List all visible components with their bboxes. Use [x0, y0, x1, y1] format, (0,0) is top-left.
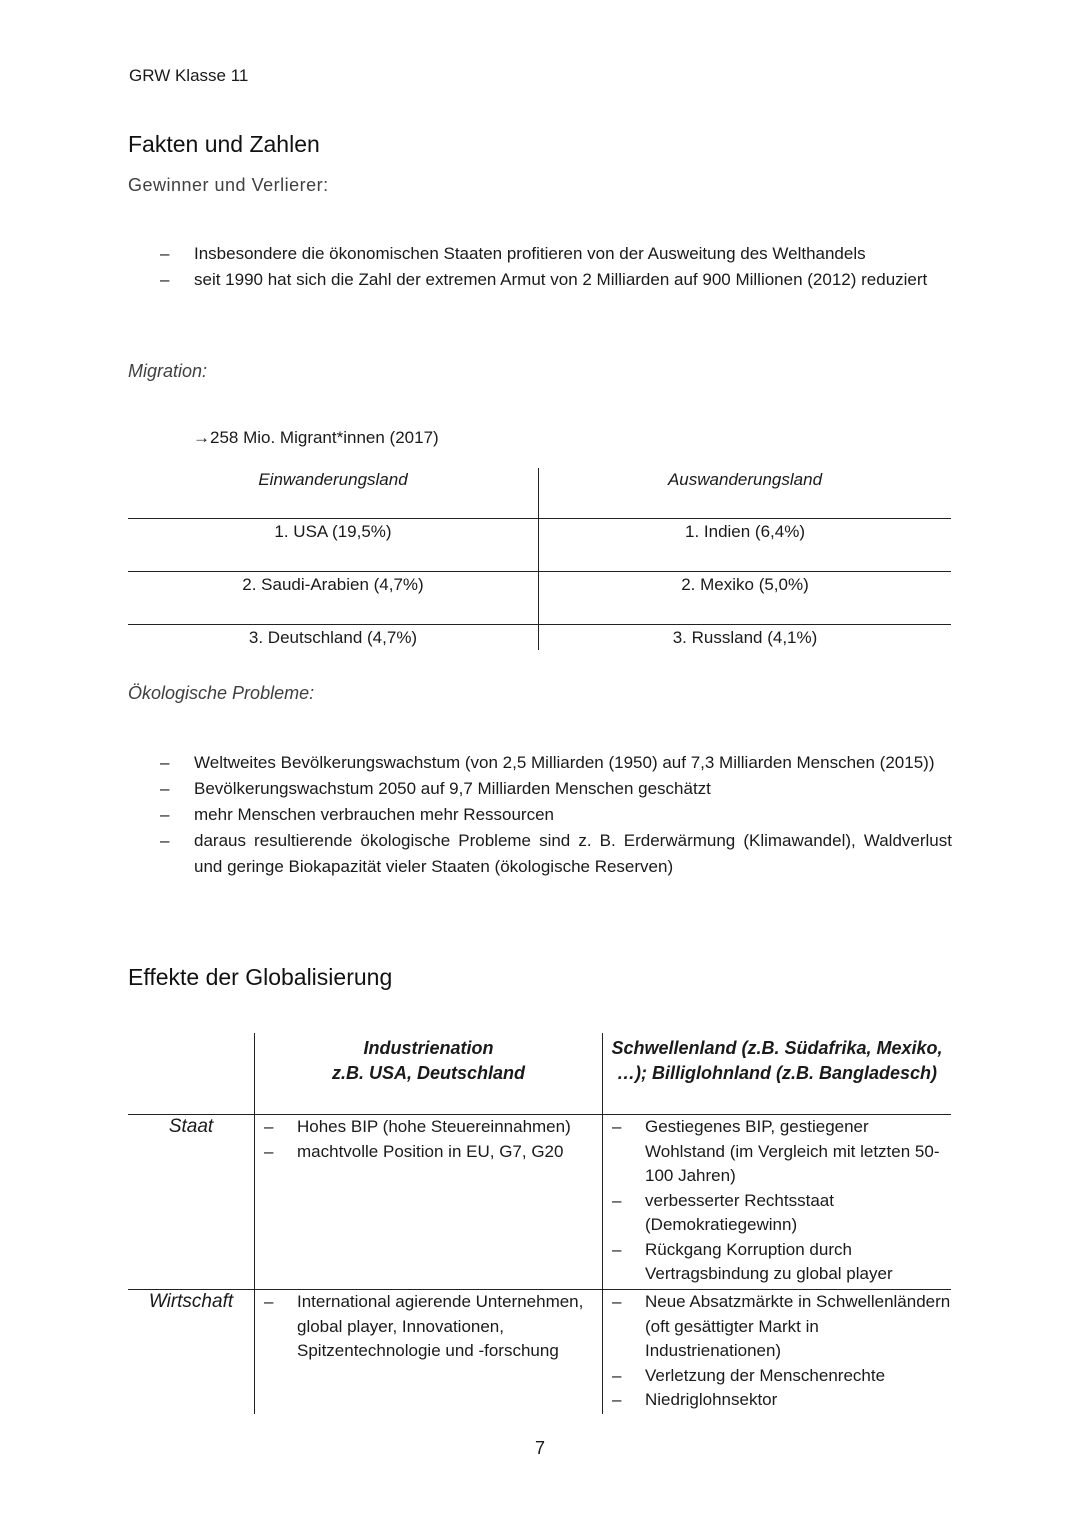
column-header-auswanderung: Auswanderungsland	[539, 468, 952, 519]
column-header-industrienation: Industrienation z.B. USA, Deutschland	[255, 1033, 603, 1115]
list-item: –seit 1990 hat sich die Zahl der extreme…	[160, 267, 952, 293]
table-cell: 1. Indien (6,4%)	[539, 519, 952, 572]
table-header-row: Einwanderungsland Auswanderungsland	[128, 468, 951, 519]
list-item: –Hohes BIP (hohe Steuereinnahmen)	[255, 1115, 602, 1140]
list-item: –Insbesondere die ökonomischen Staaten p…	[160, 241, 952, 267]
table-row: Staat –Hohes BIP (hohe Steuereinnahmen) …	[128, 1115, 951, 1290]
row-label-wirtschaft: Wirtschaft	[128, 1290, 255, 1415]
list-item: –machtvolle Position in EU, G7, G20	[255, 1140, 602, 1165]
table-row: Wirtschaft –International agierende Unte…	[128, 1290, 951, 1415]
table-cell: 3. Deutschland (4,7%)	[128, 625, 539, 651]
list-item: –Weltweites Bevölkerungswachstum (von 2,…	[160, 750, 952, 776]
list-item: –daraus resultierende ökologische Proble…	[160, 828, 952, 880]
table-cell: –Gestiegenes BIP, gestiegener Wohlstand …	[603, 1115, 952, 1290]
table-row: 2. Saudi-Arabien (4,7%) 2. Mexiko (5,0%)	[128, 572, 951, 625]
list-item: –Bevölkerungswachstum 2050 auf 9,7 Milli…	[160, 776, 952, 802]
subheading-migration: Migration:	[128, 361, 207, 382]
list-item: –Rückgang Korruption durch Vertragsbindu…	[603, 1238, 951, 1287]
column-header-einwanderung: Einwanderungsland	[128, 468, 539, 519]
list-item: –International agierende Unternehmen, gl…	[255, 1290, 602, 1364]
gewinner-bullet-list: –Insbesondere die ökonomischen Staaten p…	[160, 241, 952, 293]
table-cell: –Neue Absatzmärkte in Schwellenländern (…	[603, 1290, 952, 1415]
section-heading-effekte: Effekte der Globalisierung	[128, 964, 392, 991]
oekologie-bullet-list: –Weltweites Bevölkerungswachstum (von 2,…	[160, 750, 952, 880]
effects-table: Industrienation z.B. USA, Deutschland Sc…	[128, 1033, 951, 1414]
dash-bullet: –	[160, 267, 169, 293]
dash-bullet: –	[160, 241, 169, 267]
list-item: –Verletzung der Menschenrechte	[603, 1364, 951, 1389]
list-item: –Neue Absatzmärkte in Schwellenländern (…	[603, 1290, 951, 1364]
page-number: 7	[0, 1438, 1080, 1459]
list-item: –Gestiegenes BIP, gestiegener Wohlstand …	[603, 1115, 951, 1189]
column-header-schwellenland: Schwellenland (z.B. Südafrika, Mexiko, ……	[603, 1033, 952, 1115]
column-header-empty	[128, 1033, 255, 1115]
document-header: GRW Klasse 11	[129, 66, 248, 86]
list-item: –mehr Menschen verbrauchen mehr Ressourc…	[160, 802, 952, 828]
migration-summary: →258 Mio. Migrant*innen (2017)	[193, 428, 439, 448]
dash-bullet: –	[160, 802, 169, 828]
table-cell: 2. Saudi-Arabien (4,7%)	[128, 572, 539, 625]
list-item: –Niedriglohnsektor	[603, 1388, 951, 1413]
table-cell: –Hohes BIP (hohe Steuereinnahmen) –macht…	[255, 1115, 603, 1290]
row-label-staat: Staat	[128, 1115, 255, 1290]
dash-bullet: –	[160, 828, 169, 854]
subheading-oekologie: Ökologische Probleme:	[128, 683, 314, 704]
dash-bullet: –	[160, 750, 169, 776]
table-cell: 3. Russland (4,1%)	[539, 625, 952, 651]
table-row: 1. USA (19,5%) 1. Indien (6,4%)	[128, 519, 951, 572]
table-row: 3. Deutschland (4,7%) 3. Russland (4,1%)	[128, 625, 951, 651]
table-header-row: Industrienation z.B. USA, Deutschland Sc…	[128, 1033, 951, 1115]
subheading-gewinner: Gewinner und Verlierer:	[128, 175, 329, 196]
migration-table: Einwanderungsland Auswanderungsland 1. U…	[128, 468, 951, 650]
dash-bullet: –	[160, 776, 169, 802]
table-cell: 1. USA (19,5%)	[128, 519, 539, 572]
table-cell: 2. Mexiko (5,0%)	[539, 572, 952, 625]
table-cell: –International agierende Unternehmen, gl…	[255, 1290, 603, 1415]
section-heading-fakten: Fakten und Zahlen	[128, 131, 320, 158]
list-item: –verbesserter Rechtsstaat (Demokratiegew…	[603, 1189, 951, 1238]
